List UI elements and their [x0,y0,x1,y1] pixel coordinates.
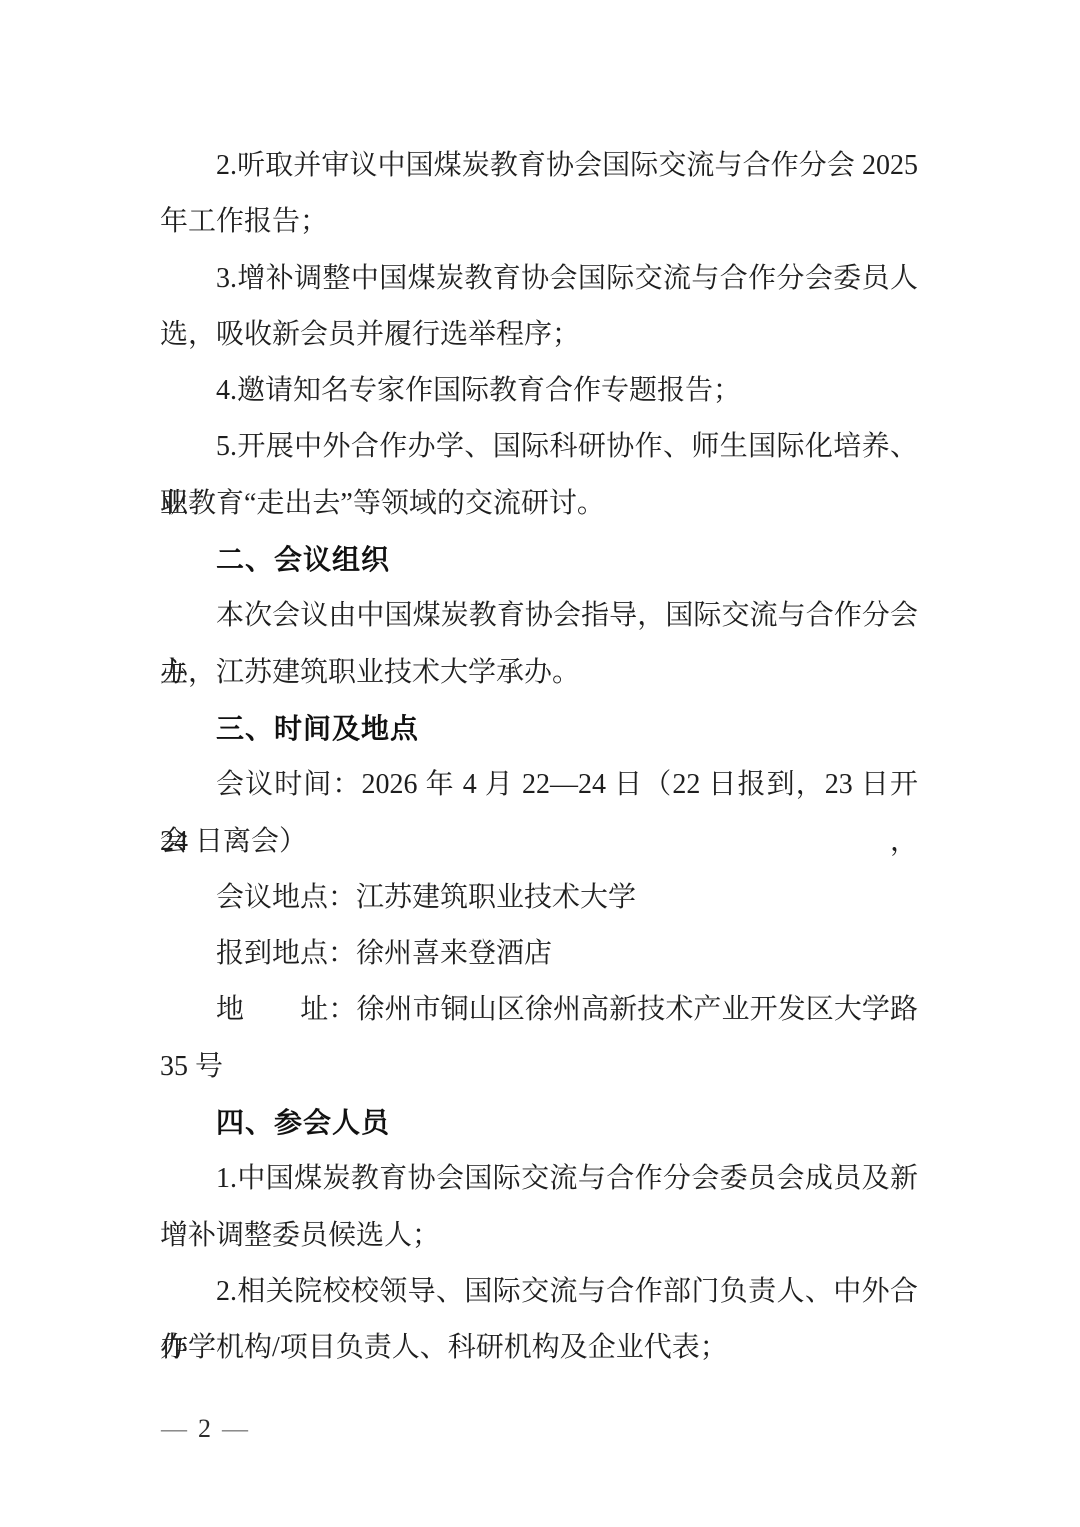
organization-line-1: 本次会议由中国煤炭教育协会指导，国际交流与合作分会主 [160,588,918,644]
document-body: 2.听取并审议中国煤炭教育协会国际交流与合作分会 2025 年工作报告； 3.增… [160,138,918,1377]
agenda-item-3-line-1: 3.增补调整中国煤炭教育协会国际交流与合作分会委员人 [160,251,918,307]
section-heading-time-place: 三、时间及地点 [160,701,918,757]
section-heading-participants: 四、参会人员 [160,1095,918,1151]
participants-item-1-line-2: 增补调整委员候选人； [160,1208,918,1264]
page-number: 2 [198,1414,211,1443]
agenda-item-2-line-2: 年工作报告； [160,194,918,250]
meeting-venue-line: 会议地点：江苏建筑职业技术大学 [160,870,918,926]
footer-left-dash: — [161,1414,187,1443]
agenda-item-4-line: 4.邀请知名专家作国际教育合作专题报告； [160,363,918,419]
address-line-2: 35 号 [160,1039,918,1095]
section-heading-organization: 二、会议组织 [160,532,918,588]
agenda-item-5-line-1: 5.开展中外合作办学、国际科研协作、师生国际化培养、职 [160,419,918,475]
agenda-item-3-line-2: 选，吸收新会员并履行选举程序； [160,307,918,363]
agenda-item-2-line-1: 2.听取并审议中国煤炭教育协会国际交流与合作分会 2025 [160,138,918,194]
participants-item-1-line-1: 1.中国煤炭教育协会国际交流与合作分会委员会成员及新 [160,1151,918,1207]
organization-line-2: 办，江苏建筑职业技术大学承办。 [160,645,918,701]
footer-right-dash: — [222,1414,248,1443]
document-page: 2.听取并审议中国煤炭教育协会国际交流与合作分会 2025 年工作报告； 3.增… [0,0,1080,1527]
meeting-time-line-1: 会议时间：2026 年 4 月 22—24 日（22 日报到，23 日开会， [160,757,918,813]
participants-item-2-line-2: 办学机构/项目负责人、科研机构及企业代表； [160,1320,918,1376]
address-line-1: 地 址：徐州市铜山区徐州高新技术产业开发区大学路 [160,982,918,1038]
checkin-venue-line: 报到地点：徐州喜来登酒店 [160,926,918,982]
participants-item-2-line-1: 2.相关院校校领导、国际交流与合作部门负责人、中外合作 [160,1264,918,1320]
agenda-item-5-line-2: 业教育“走出去”等领域的交流研讨。 [160,476,918,532]
page-footer: —2— [161,1409,248,1449]
